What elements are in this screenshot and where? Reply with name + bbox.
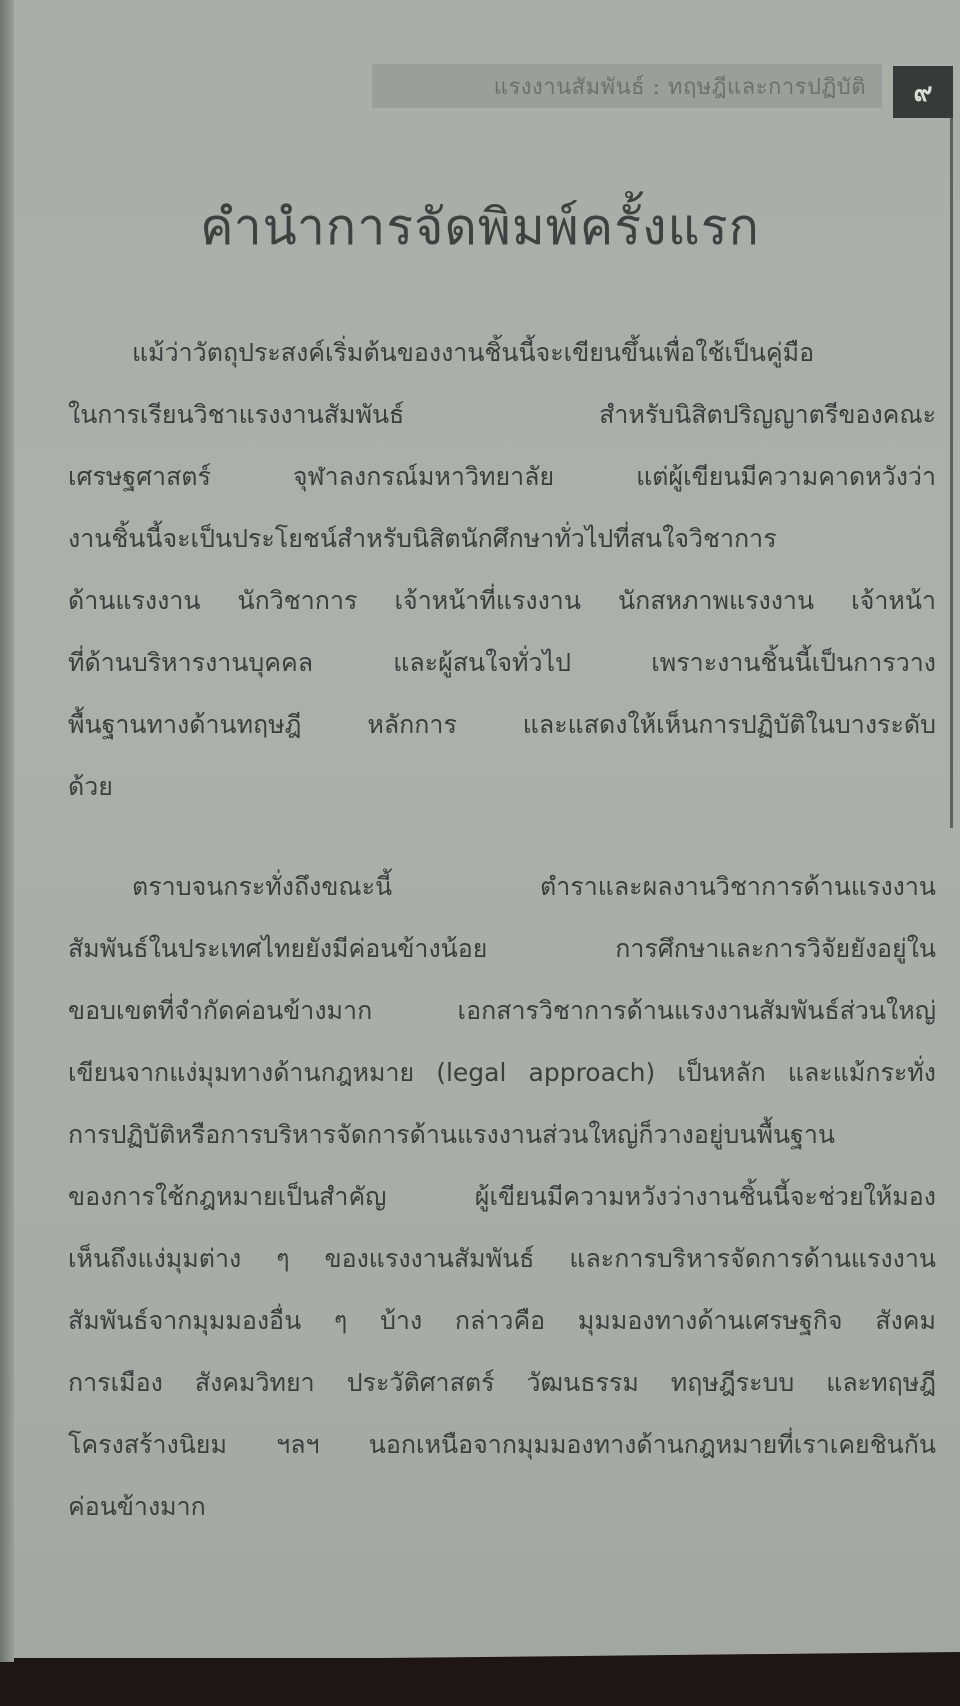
running-head: แรงงานสัมพันธ์ : ทฤษฎีและการปฏิบัติ [372, 64, 882, 108]
text-line: โครงสร้างนิยม ฯลฯ นอกเหนือจากมุมมองทางด้… [68, 1414, 936, 1476]
running-head-title: แรงงานสัมพันธ์ : ทฤษฎีและการปฏิบัติ [494, 69, 866, 104]
text-line: ในการเรียนวิชาแรงงานสัมพันธ์ สำหรับนิสิต… [68, 384, 936, 446]
text-line: ที่ด้านบริหารงานบุคคล และผู้สนใจทั่วไป เ… [68, 632, 936, 694]
text-line: สัมพันธ์จากมุมมองอื่น ๆ บ้าง กล่าวคือ มุ… [68, 1290, 936, 1352]
page-number: ๙ [893, 66, 953, 118]
text-line: เศรษฐศาสตร์ จุฬาลงกรณ์มหาวิทยาลัย แต่ผู้… [68, 446, 936, 508]
text-line: เขียนจากแง่มุมทางด้านกฎหมาย (legal appro… [68, 1042, 936, 1104]
book-page: แรงงานสัมพันธ์ : ทฤษฎีและการปฏิบัติ ๙ คำ… [0, 0, 960, 1658]
text-line: เห็นถึงแง่มุมต่าง ๆ ของแรงงานสัมพันธ์ แล… [68, 1228, 936, 1290]
paragraph-2: ตราบจนกระทั่งถึงขณะนี้ ตำราและผลงานวิชาก… [68, 856, 936, 1538]
text-line: งานชิ้นนี้จะเป็นประโยชน์สำหรับนิสิตนักศึ… [68, 508, 936, 570]
text-line: ค่อนข้างมาก [68, 1476, 936, 1538]
text-line: ตราบจนกระทั่งถึงขณะนี้ ตำราและผลงานวิชาก… [68, 856, 936, 918]
text-line: สัมพันธ์ในประเทศไทยยังมีค่อนข้างน้อย การ… [68, 918, 936, 980]
text-line: แม้ว่าวัตถุประสงค์เริ่มต้นของงานชิ้นนี้จ… [68, 322, 936, 384]
text-line: ขอบเขตที่จำกัดค่อนข้างมาก เอกสารวิชาการด… [68, 980, 936, 1042]
text-line: ด้านแรงงาน นักวิชาการ เจ้าหน้าที่แรงงาน … [68, 570, 936, 632]
text-line: ด้วย [68, 756, 936, 818]
chapter-title: คำนำการจัดพิมพ์ครั้งแรก [0, 188, 960, 267]
text-line: พื้นฐานทางด้านทฤษฎี หลักการ และแสดงให้เห… [68, 694, 936, 756]
text-line: ของการใช้กฎหมายเป็นสำคัญ ผู้เขียนมีความห… [68, 1166, 936, 1228]
paragraph-1: แม้ว่าวัตถุประสงค์เริ่มต้นของงานชิ้นนี้จ… [68, 322, 936, 818]
text-line: การเมือง สังคมวิทยา ประวัติศาสตร์ วัฒนธร… [68, 1352, 936, 1414]
text-line: การปฏิบัติหรือการบริหารจัดการด้านแรงงานส… [68, 1104, 936, 1166]
